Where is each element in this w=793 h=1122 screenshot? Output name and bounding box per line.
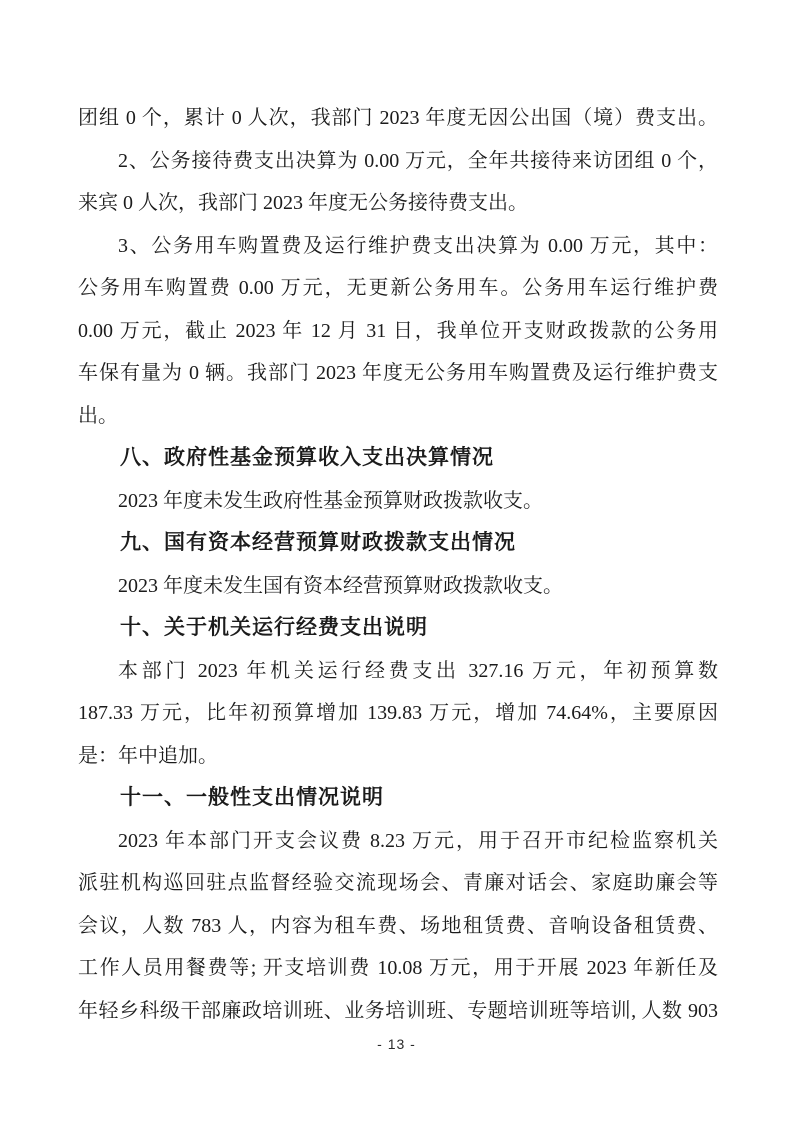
body-text-line: 团组 0 个，累计 0 人次，我部门 2023 年度无因公出国（境）费支出。 xyxy=(78,97,718,140)
body-text-line: 出。 xyxy=(78,395,718,438)
body-text-line: 公务用车购置费 0.00 万元，无更新公务用车。公务用车运行维护费 xyxy=(78,267,718,310)
body-text-line: 2、公务接待费支出决算为 0.00 万元，全年共接待来访团组 0 个， xyxy=(78,140,718,183)
section-heading: 八、政府性基金预算收入支出决算情况 xyxy=(78,437,718,480)
body-text-line: 本部门 2023 年机关运行经费支出 327.16 万元，年初预算数 xyxy=(78,650,718,693)
body-text-line: 2023 年本部门开支会议费 8.23 万元，用于召开市纪检监察机关 xyxy=(78,820,718,863)
body-text-line: 2023 年度未发生政府性基金预算财政拨款收支。 xyxy=(78,480,718,523)
body-text-line: 3、公务用车购置费及运行维护费支出决算为 0.00 万元，其中： xyxy=(78,225,718,268)
document-body: 团组 0 个，累计 0 人次，我部门 2023 年度无因公出国（境）费支出。2、… xyxy=(78,97,718,1032)
body-text-line: 187.33 万元，比年初预算增加 139.83 万元，增加 74.64%，主要… xyxy=(78,692,718,735)
section-heading: 十一、一般性支出情况说明 xyxy=(78,777,718,820)
body-text-line: 会议，人数 783 人，内容为租车费、场地租赁费、音响设备租赁费、 xyxy=(78,905,718,948)
body-text-line: 车保有量为 0 辆。我部门 2023 年度无公务用车购置费及运行维护费支 xyxy=(78,352,718,395)
body-text-line: 年轻乡科级干部廉政培训班、业务培训班、专题培训班等培训, 人数 903 xyxy=(78,990,718,1033)
page-number: - 13 - xyxy=(0,1036,793,1052)
section-heading: 九、国有资本经营预算财政拨款支出情况 xyxy=(78,522,718,565)
body-text-line: 来宾 0 人次，我部门 2023 年度无公务接待费支出。 xyxy=(78,182,718,225)
body-text-line: 2023 年度未发生国有资本经营预算财政拨款收支。 xyxy=(78,565,718,608)
body-text-line: 是：年中追加。 xyxy=(78,735,718,778)
body-text-line: 工作人员用餐费等; 开支培训费 10.08 万元，用于开展 2023 年新任及 xyxy=(78,947,718,990)
section-heading: 十、关于机关运行经费支出说明 xyxy=(78,607,718,650)
document-page: 团组 0 个，累计 0 人次，我部门 2023 年度无因公出国（境）费支出。2、… xyxy=(0,0,793,1122)
body-text-line: 0.00 万元，截止 2023 年 12 月 31 日，我单位开支财政拨款的公务… xyxy=(78,310,718,353)
body-text-line: 派驻机构巡回驻点监督经验交流现场会、青廉对话会、家庭助廉会等 xyxy=(78,862,718,905)
